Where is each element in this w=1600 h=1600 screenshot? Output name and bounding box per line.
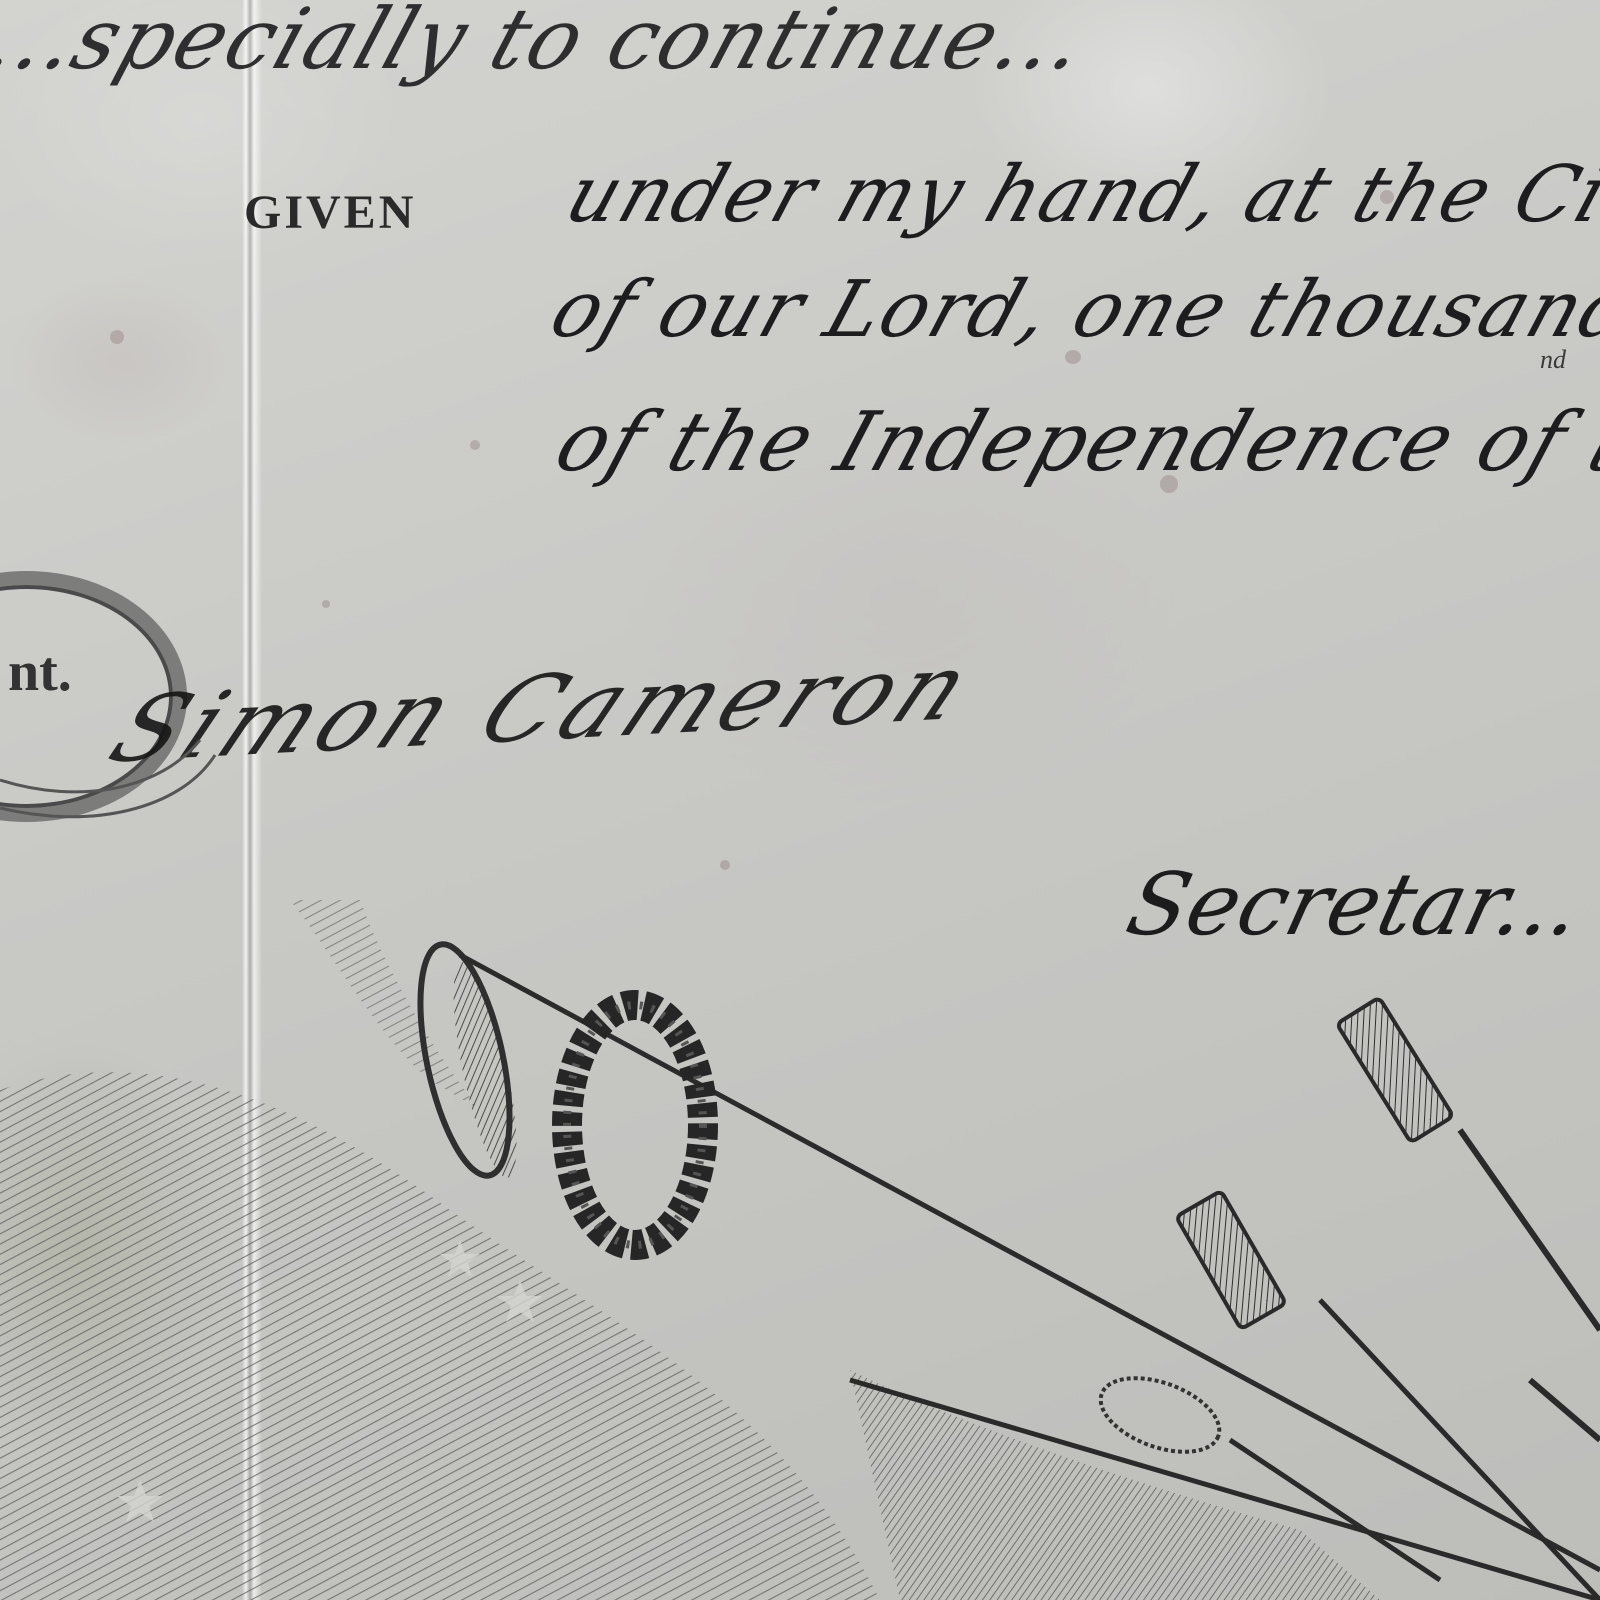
spear-line xyxy=(1530,1380,1600,1440)
engraving-military-trophy xyxy=(0,0,1600,1600)
artillery-rammer-icon xyxy=(1337,997,1600,1330)
cartouche-ring xyxy=(0,755,215,817)
laurel-wreath-icon xyxy=(567,1005,703,1245)
flag-icon xyxy=(0,900,1380,1600)
cartouche-ring xyxy=(0,740,200,792)
